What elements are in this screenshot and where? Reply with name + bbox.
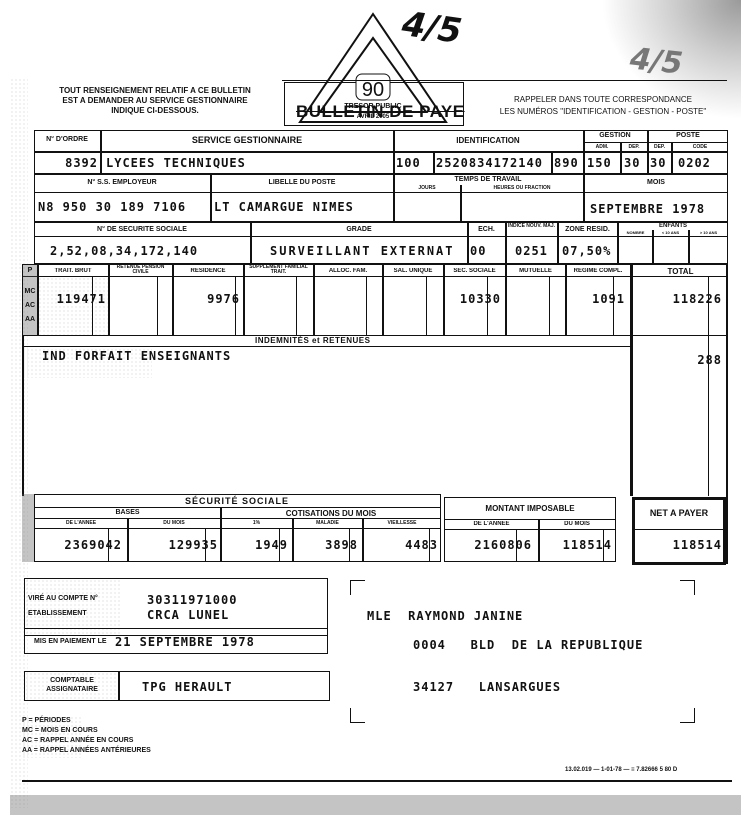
trait-brut-value: 119471 <box>40 292 106 306</box>
label-enfants: ENFANTS <box>619 223 727 229</box>
divider <box>22 276 728 277</box>
base-annee-value: 2369042 <box>40 538 122 552</box>
divider <box>22 336 24 496</box>
label-grade: GRADE <box>252 226 466 233</box>
svg-text:90: 90 <box>362 79 384 101</box>
label-cotisation-vieillesse: VIEILLESSE <box>364 520 440 526</box>
comptable-label: COMPTABLE ASSIGNATAIRE <box>28 676 116 694</box>
label-temps-travail: TEMPS DE TRAVAIL <box>395 176 581 183</box>
address-street: 0004 BLD DE LA REPUBLIQUE <box>413 638 643 652</box>
svg-text:TRESOR PUBLIC: TRESOR PUBLIC <box>344 103 401 110</box>
label-identification: IDENTIFICATION <box>395 136 581 145</box>
divider <box>708 277 709 335</box>
compte-label: VIRÉ AU COMPTE N° <box>28 595 98 602</box>
employeur-value: N8 950 30 189 7106 <box>38 200 186 214</box>
handwritten-note-faded: 4/5 <box>628 41 684 81</box>
divider <box>630 336 633 496</box>
legend-shade <box>22 716 82 758</box>
col-trait-brut: TRAIT. BRUT <box>39 268 107 274</box>
label-cotisations: COTISATIONS DU MOIS <box>222 509 440 518</box>
compte-value: 30311971000 <box>147 593 237 607</box>
cotisation-vieillesse-value: 4483 <box>366 538 438 552</box>
label-period: P <box>23 267 37 274</box>
echelon-value: 00 <box>470 244 486 258</box>
left-strip <box>22 494 34 562</box>
col-residence: RÉSIDENCE <box>174 268 242 274</box>
imposable-annee-value: 2160806 <box>448 538 532 552</box>
divider <box>296 277 297 335</box>
divider <box>34 528 441 529</box>
identification-part3: 890 <box>554 156 579 170</box>
label-libelle: LIBELLÉ DU POSTE <box>212 179 392 186</box>
sec-sociale-value: 10330 <box>445 292 501 306</box>
address-corner-br <box>680 708 695 723</box>
libelle-value: LT CAMARGUE NIMES <box>214 200 354 214</box>
divider <box>92 277 93 335</box>
divider <box>444 519 616 520</box>
address-corner-bl <box>350 708 365 723</box>
divider <box>613 277 614 335</box>
divider <box>630 264 633 346</box>
divider <box>551 151 553 174</box>
indemnites-title: INDEMNITÉS et RETENUES <box>255 336 370 345</box>
divider <box>444 529 616 530</box>
divider <box>34 151 728 153</box>
residence-value: 9976 <box>174 292 240 306</box>
label-bases: BASES <box>36 509 219 516</box>
grade-value: SURVEILLANT EXTERNAT <box>270 244 455 258</box>
mois-value: SEPTEMBRE 1978 <box>590 202 705 216</box>
col-total: TOTAL <box>634 267 727 276</box>
divider <box>157 277 158 335</box>
divider <box>366 277 367 335</box>
address-corner-tr <box>680 580 695 595</box>
label-indice: INDICE NOUV. MAJ. <box>507 223 556 229</box>
scan-bottom-edge <box>10 795 741 815</box>
divider <box>282 80 727 81</box>
label-jours: JOURS <box>395 185 459 191</box>
imposable-mois-value: 118514 <box>541 538 612 552</box>
divider <box>549 277 550 335</box>
label-employeur: N° S.S. EMPLOYEUR <box>36 179 208 186</box>
divider <box>313 264 315 336</box>
etablissement-label: ETABLISSEMENT <box>28 610 87 617</box>
divider <box>583 142 728 143</box>
label-poste-code: CODE <box>673 144 727 150</box>
label-gestion: GESTION <box>585 132 645 139</box>
label-cotisation-1pct: 1% <box>222 520 291 526</box>
divider <box>22 780 732 782</box>
divider <box>118 671 120 701</box>
divider <box>487 277 488 335</box>
col-sec-sociale: SÉC. SOCIALE <box>445 268 504 274</box>
identification-part2: 2520834172140 <box>436 156 543 170</box>
col-pension-civile: RETENUE PENSION CIVILE <box>110 265 171 275</box>
label-enfants-moins10: < 10 ans <box>654 230 687 235</box>
regime-compl-value: 1091 <box>567 292 625 306</box>
divider <box>34 518 441 519</box>
trait-brut-shade <box>38 277 108 335</box>
gestion-dep-value: 30 <box>624 156 640 170</box>
poste-dep-value: 30 <box>650 156 666 170</box>
base-mois-value: 129935 <box>130 538 218 552</box>
label-echelon: ECH. <box>469 226 504 233</box>
svg-text:AVRIL 2005: AVRIL 2005 <box>357 114 390 120</box>
col-sal-unique: SAL. UNIQUE <box>384 268 442 274</box>
service-value: LYCEES TECHNIQUES <box>106 156 246 170</box>
poste-code-value: 0202 <box>678 156 711 170</box>
zone-residence-value: 07,50% <box>562 244 611 258</box>
divider <box>235 277 236 335</box>
label-bases-annee: DE L'ANNÉE <box>36 520 126 526</box>
cotisation-1pct-value: 1949 <box>224 538 288 552</box>
date-paiement-value: 21 SEPTEMBRE 1978 <box>115 635 255 649</box>
gestion-adm-value: 150 <box>587 156 612 170</box>
footer-code: 13.02.019 — 1-01-78 — ≡ 7.82666 5 80 D <box>565 767 677 773</box>
label-cotisation-maladie: MALADIE <box>294 520 361 526</box>
comptable-value: TPG HERAULT <box>142 680 232 694</box>
header-notice: TOUT RENSEIGNEMENT RELATIF A CE BULLETIN… <box>30 86 280 116</box>
label-imposable-mois: DU MOIS <box>540 521 614 527</box>
date-paiement-label: MIS EN PAIEMENT LE <box>34 638 107 645</box>
address-name: MLE RAYMOND JANINE <box>367 609 523 623</box>
divider <box>433 151 435 174</box>
period-codes: MC AC AA <box>23 285 37 327</box>
col-mutuelle: MUTUELLE <box>507 268 564 274</box>
label-poste-dep: DEP. <box>649 144 670 150</box>
reminder-notice: RAPPELER DANS TOUTE CORRESPONDANCE LES N… <box>478 94 728 118</box>
col-supplement-familial: SUPPLÉMENT FAMILIAL TRAIT. <box>245 265 312 275</box>
divider <box>688 230 690 264</box>
divider <box>37 264 39 336</box>
divider <box>632 529 726 530</box>
payment-label-shade <box>25 579 120 635</box>
col-alloc-fam: ALLOC. FAM. <box>315 268 381 274</box>
divider <box>426 277 427 335</box>
label-gestion-adm: ADM. <box>585 144 619 150</box>
label-securite-sociale: N° DE SÉCURITÉ SOCIALE <box>36 226 248 233</box>
identification-part1: 100 <box>396 156 421 170</box>
certified-stamp-icon: 90 TRESOR PUBLIC AVRIL 2005 <box>298 12 448 124</box>
label-mois: MOIS <box>585 179 727 186</box>
divider <box>34 507 441 508</box>
cotisation-maladie-value: 3898 <box>296 538 358 552</box>
indemnite-amount: 288 <box>640 353 722 367</box>
montant-imposable-title: MONTANT IMPOSABLE <box>446 504 614 513</box>
divider <box>34 236 728 237</box>
label-gestion-dep: DEP. <box>622 144 646 150</box>
securite-sociale-title: SÉCURITÉ SOCIALE <box>185 496 289 506</box>
securite-sociale-value: 2,52,08,34,172,140 <box>50 244 198 258</box>
label-ordre: N° D'ORDRE <box>36 136 98 143</box>
address-corner-tl <box>350 580 365 595</box>
col-regime-compl: RÉGIME COMPL. <box>567 268 629 274</box>
divider <box>652 230 654 264</box>
divider <box>708 336 709 496</box>
label-poste: POSTE <box>649 132 727 139</box>
indice-value: 0251 <box>515 244 548 258</box>
divider <box>382 264 384 336</box>
label-imposable-annee: DE L'ANNÉE <box>446 521 537 527</box>
label-heures: HEURES OU FRACTION <box>462 185 582 191</box>
label-enfants-plus10: > 10 ans <box>690 230 727 235</box>
etablissement-value: CRCA LUNEL <box>147 608 229 622</box>
label-service: SERVICE GESTIONNAIRE <box>102 135 392 145</box>
divider <box>505 264 507 336</box>
label-zone-residence: ZONE RÉSID. <box>559 226 616 233</box>
net-a-payer-label: NET A PAYER <box>634 508 724 518</box>
address-city: 34127 LANSARGUES <box>413 680 561 694</box>
indemnite-label: IND FORFAIT ENSEIGNANTS <box>42 349 231 363</box>
ordre-value: 8392 <box>40 156 98 170</box>
divider <box>726 264 728 564</box>
total-value: 118226 <box>634 292 722 306</box>
divider <box>34 192 728 193</box>
divider <box>22 346 630 347</box>
label-bases-mois: DU MOIS <box>129 520 219 526</box>
net-a-payer-value: 118514 <box>636 538 722 552</box>
label-enfants-nombre: NOMBRE <box>619 230 652 235</box>
